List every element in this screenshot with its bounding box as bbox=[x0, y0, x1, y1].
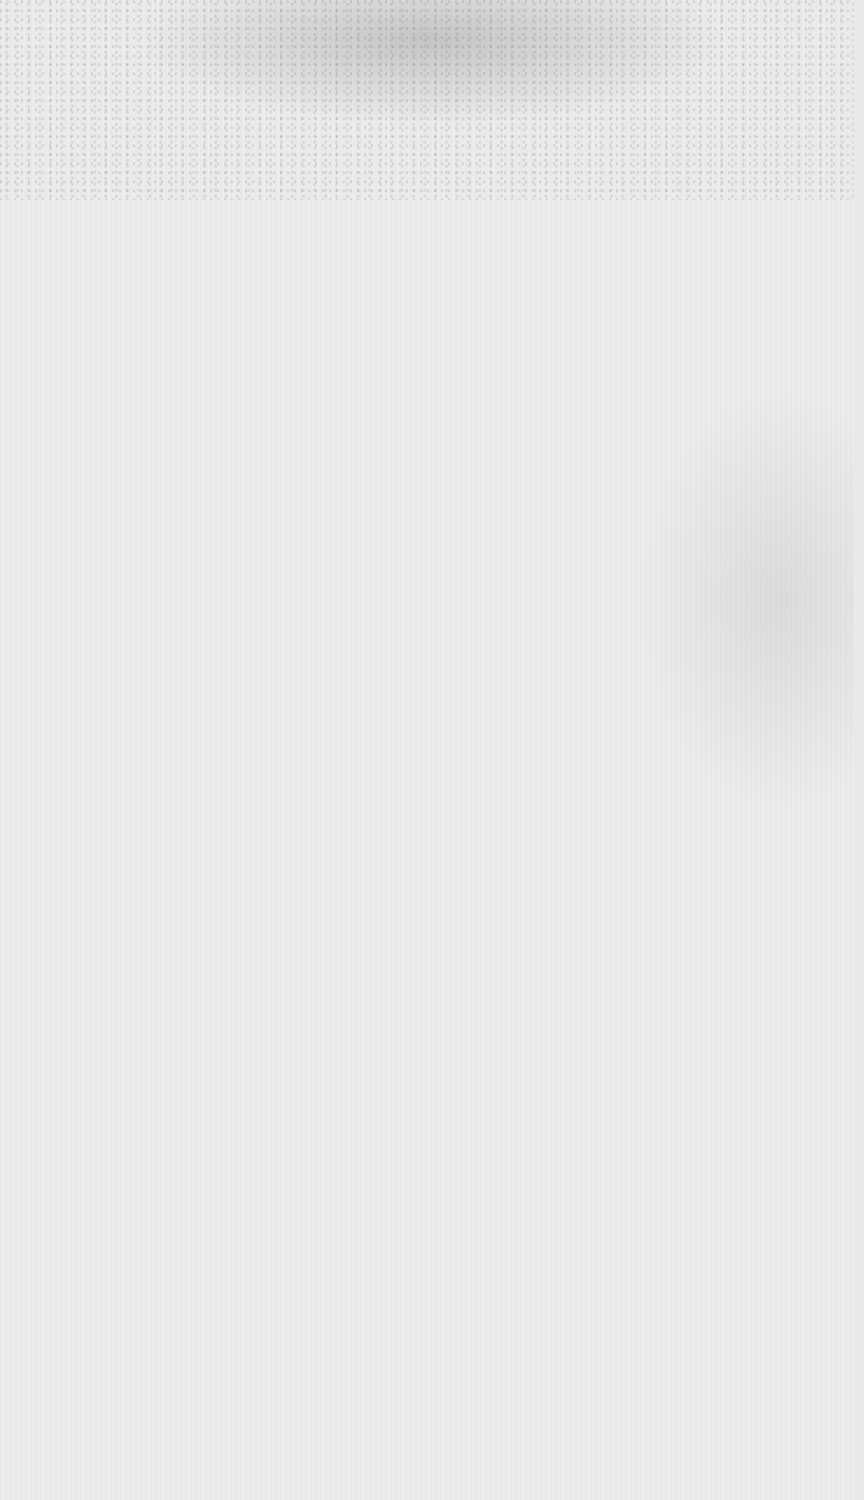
manuscript-page bbox=[0, 0, 854, 1500]
paper-speckle-texture bbox=[0, 0, 854, 200]
